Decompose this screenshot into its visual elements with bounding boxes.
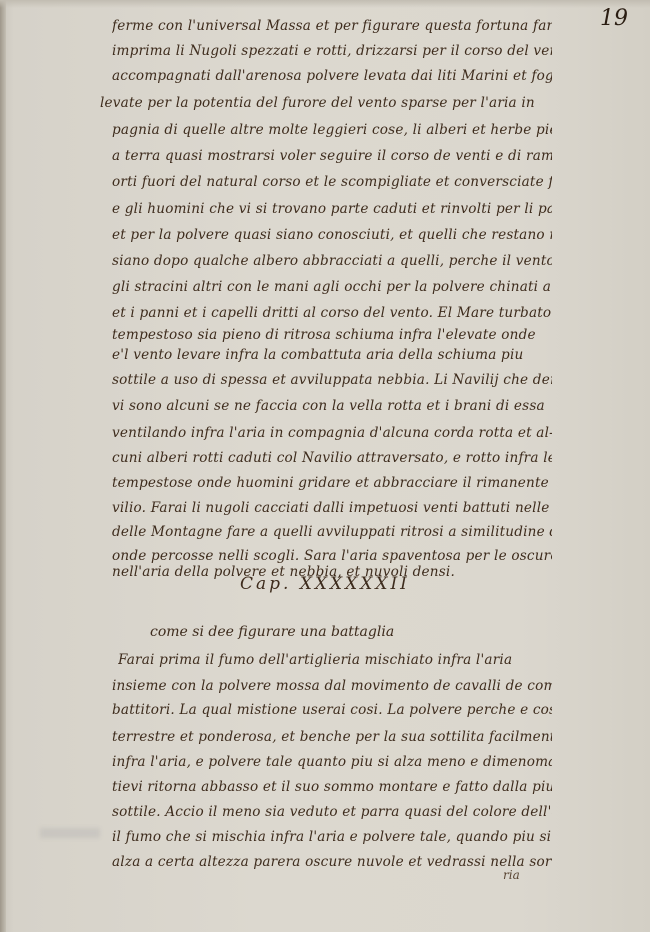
manuscript-line: gli stracini altri con le mani agli occh… <box>112 277 552 297</box>
manuscript-line: tievi ritorna abbasso et il suo sommo mo… <box>112 777 552 797</box>
section-heading: come si dee figurare una battaglia <box>150 624 394 640</box>
manuscript-line: Farai prima il fumo dell'artiglieria mis… <box>118 650 558 670</box>
manuscript-line: pagnia di quelle altre molte leggieri co… <box>112 120 552 140</box>
manuscript-line: imprima li Nugoli spezzati e rotti, driz… <box>112 41 552 61</box>
bleed-through-mark <box>40 828 100 838</box>
chapter-number: Cap. XXXXXXII <box>240 574 410 594</box>
manuscript-line: e gli huomini che vi si trovano parte ca… <box>112 199 552 219</box>
manuscript-line: siano dopo qualche albero abbracciati a … <box>112 251 552 271</box>
manuscript-line: delle Montagne fare a quelli avviluppati… <box>112 522 552 542</box>
catchword: ria <box>503 868 520 882</box>
manuscript-line: sottile a uso di spessa et avviluppata n… <box>112 370 552 390</box>
manuscript-line: accompagnati dall'arenosa polvere levata… <box>112 66 552 86</box>
manuscript-line: sottile. Accio il meno sia veduto et par… <box>112 802 552 822</box>
manuscript-line: ventilando infra l'aria in compagnia d'a… <box>112 423 552 443</box>
manuscript-line: et per la polvere quasi siano conosciuti… <box>112 225 552 245</box>
manuscript-line: battitori. La qual mistione userai cosi.… <box>112 700 552 720</box>
manuscript-line: terrestre et ponderosa, et benche per la… <box>112 727 552 747</box>
manuscript-line: et i panni et i capelli dritti al corso … <box>112 303 552 323</box>
manuscript-line: il fumo che si mischia infra l'aria e po… <box>112 827 552 847</box>
manuscript-line: tempestoso sia pieno di ritrosa schiuma … <box>112 325 552 345</box>
manuscript-line: cuni alberi rotti caduti col Navilio att… <box>112 448 552 468</box>
manuscript-line: infra l'aria, e polvere tale quanto piu … <box>112 752 552 772</box>
manuscript-page: 19 ferme con l'universal Massa et per fi… <box>0 0 650 932</box>
manuscript-line: e'l vento levare infra la combattuta ari… <box>112 345 552 365</box>
manuscript-line: a terra quasi mostrarsi voler seguire il… <box>112 146 552 166</box>
manuscript-line: ferme con l'universal Massa et per figur… <box>112 16 552 36</box>
folio-number: 19 <box>600 6 628 31</box>
manuscript-line: insieme con la polvere mossa dal movimen… <box>112 676 552 696</box>
manuscript-line: alza a certa altezza parera oscure nuvol… <box>112 852 552 872</box>
manuscript-line: vi sono alcuni se ne faccia con la vella… <box>112 396 552 416</box>
manuscript-line: tempestose onde huomini gridare et abbra… <box>112 473 552 493</box>
manuscript-line: orti fuori del natural corso et le scomp… <box>112 172 552 192</box>
manuscript-line: levate per la potentia del furore del ve… <box>100 93 540 113</box>
manuscript-line: vilio. Farai li nugoli cacciati dalli im… <box>112 498 552 518</box>
